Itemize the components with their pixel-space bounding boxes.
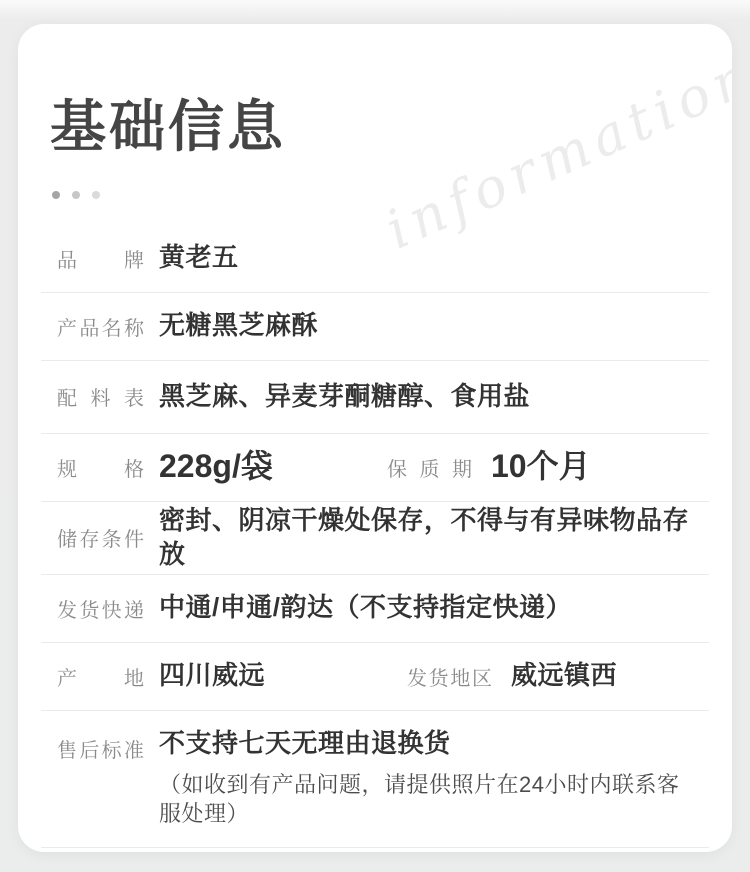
row-label: 配料表 [57, 382, 145, 411]
basic-info-card: information 基础信息 品牌 黄老五 产品名称 无糖黑芝麻酥 配料表 … [18, 24, 732, 852]
row-label: 售后标准 [57, 734, 145, 763]
table-row-after-sale: 售后标准 不支持七天无理由退换货 （如收到有产品问题，请提供照片在24小时内联系… [41, 711, 709, 848]
page-title: 基础信息 [50, 96, 732, 159]
dot-icon [92, 191, 100, 199]
row-label: 品牌 [57, 244, 145, 273]
row-value: 密封、阴凉干燥处保存，不得与有异味物品存放 [159, 504, 693, 572]
row-label: 规格 [57, 453, 145, 482]
table-row-product-name: 产品名称 无糖黑芝麻酥 [41, 293, 709, 361]
row-label: 发货快递 [57, 594, 145, 623]
row-value: 中通/申通/韵达（不支持指定快递） [159, 591, 572, 625]
row-label: 储存条件 [57, 523, 145, 552]
row-label: 产地 [57, 662, 145, 691]
table-row-origin-shipping: 产地 四川威远 发货地区 威远镇西 [41, 643, 709, 711]
table-row-brand: 品牌 黄老五 [41, 225, 709, 293]
row-value-secondary: 威远镇西 [511, 659, 617, 693]
table-row-courier: 发货快递 中通/申通/韵达（不支持指定快递） [41, 575, 709, 643]
spec-pair: 规格 228g/袋 [57, 446, 387, 488]
row-value: 228g/袋 [159, 446, 273, 488]
row-label-secondary: 保质期 [387, 453, 473, 482]
dot-icon [72, 191, 80, 199]
row-value: 无糖黑芝麻酥 [159, 309, 318, 343]
row-value: 黄老五 [159, 241, 239, 275]
table-row-storage: 储存条件 密封、阴凉干燥处保存，不得与有异味物品存放 [41, 502, 709, 575]
row-value: 黑芝麻、异麦芽酮糖醇、食用盐 [159, 380, 530, 414]
row-value-secondary: 10个月 [491, 446, 591, 488]
row-label-secondary: 发货地区 [407, 662, 493, 691]
row-value-block: 不支持七天无理由退换货 （如收到有产品问题，请提供照片在24小时内联系客服处理） [159, 727, 693, 829]
origin-pair: 产地 四川威远 [57, 659, 387, 693]
row-value: 四川威远 [159, 659, 265, 693]
row-label: 产品名称 [57, 312, 145, 341]
row-note: （如收到有产品问题，请提供照片在24小时内联系客服处理） [159, 770, 693, 829]
table-row-spec-shelf-life: 规格 228g/袋 保质期 10个月 [41, 434, 709, 502]
table-row-ingredients: 配料表 黑芝麻、异麦芽酮糖醇、食用盐 [41, 361, 709, 434]
product-info-table: 品牌 黄老五 产品名称 无糖黑芝麻酥 配料表 黑芝麻、异麦芽酮糖醇、食用盐 规格… [41, 225, 709, 848]
row-value: 不支持七天无理由退换货 [159, 727, 693, 761]
dot-icon [52, 191, 60, 199]
